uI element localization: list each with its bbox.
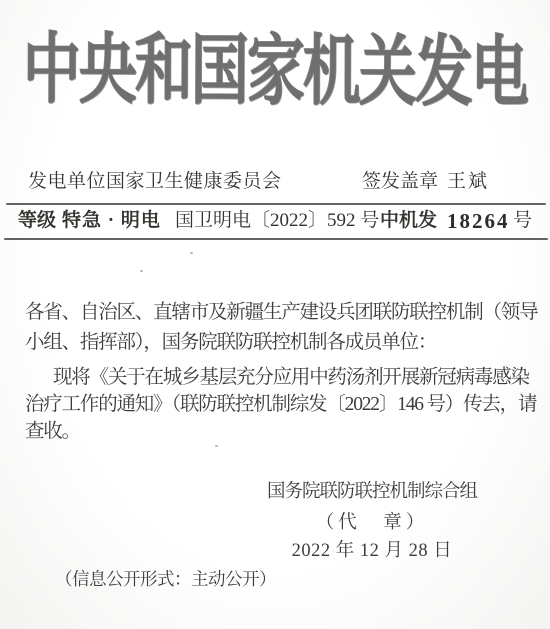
grade-label: 等级 [18,208,56,234]
signoff-seal-label: 签发盖章 [362,169,438,195]
signature-block: 国务院联防联控机制综合组 （代 章） 2022 年 12 月 28 日 [266,481,478,562]
document-title: 中央和国家机关发电 [0,1,550,143]
seal-substitute-note: （代 章） [266,512,478,534]
signature-date: 2022 年 12 月 28 日 [266,540,478,562]
serial-label: 中机发 [380,208,437,234]
body-line: 现将《关于在城乡基层充分应用中药汤剂开展新冠病毒感染 [53,366,550,390]
scan-speckle [190,252,193,254]
body-line: 各省、自治区、直辖市及新疆生产建设兵团联防联控机制（领导 [25,301,540,325]
header-row-sender: 发电单位 国家卫生健康委员会 签发盖章 王斌 [0,169,550,195]
serial-number: 18264 [447,208,510,234]
scan-speckle [140,270,143,272]
signer-name: 王斌 [447,169,489,195]
sending-unit-label: 发电单位 [28,169,106,195]
header-row-grade: 等级 特急 · 明电 国卫明电〔2022〕592 号 中机发 18264 号 [0,208,550,234]
signature-organization: 国务院联防联控机制综合组 [266,481,478,503]
sending-unit-value: 国家卫生健康委员会 [106,169,282,195]
disclosure-note: （信息公开形式：主动公开） [55,566,276,591]
document-number: 国卫明电〔2022〕592 号 [175,208,379,234]
body-line: 查收。 [25,420,540,444]
body-line: 治疗工作的通知》（联防联控机制综发〔2022〕146 号）传去，请 [25,393,540,417]
scan-speckle [215,445,218,447]
document-page: 中央和国家机关发电 发电单位 国家卫生健康委员会 签发盖章 王斌 等级 特急 ·… [0,0,550,629]
header-divider-bottom [4,238,548,240]
grade-value: 特急 · 明电 [62,208,161,234]
body-line: 小组、指挥部），国务院联防联控机制各成员单位： [25,331,540,355]
header-divider-top [6,203,546,205]
serial-suffix: 号 [513,208,532,234]
